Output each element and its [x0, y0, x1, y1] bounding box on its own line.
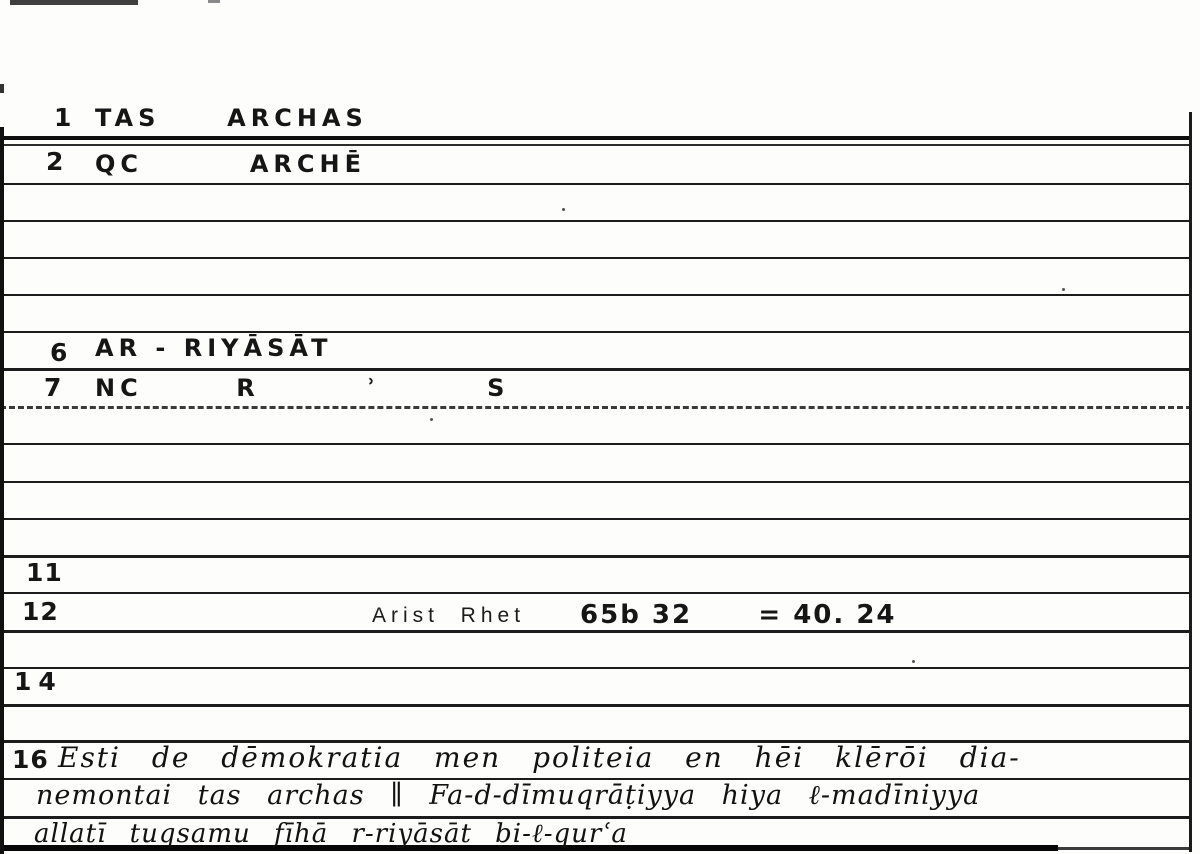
row-number-7: 7 — [44, 373, 64, 402]
ruled-line — [0, 667, 1192, 669]
ruled-line — [0, 294, 1192, 296]
ruled-line — [0, 136, 1192, 140]
ruled-line — [0, 220, 1192, 222]
ruled-line — [0, 144, 1192, 146]
ruled-line — [0, 368, 1192, 371]
ruled-line — [0, 183, 1192, 185]
scan-speck — [912, 660, 915, 663]
ruled-line — [0, 592, 1192, 594]
scan-artifact-top-dot — [208, 0, 220, 3]
quote-line-3: allatī tuqsamu fīhā r-riyāsāt bi-ℓ-qurʿa — [34, 819, 628, 849]
scan-artifact-top-bar — [10, 0, 138, 5]
row-number-16: 16 — [12, 745, 49, 774]
ruled-line — [1058, 847, 1192, 850]
citation-row: Arist Rhet 65b 32 = 40. 24 — [372, 598, 897, 628]
row-number-12: 12 — [22, 597, 59, 626]
scan-speck — [1062, 288, 1065, 291]
ruled-line — [0, 630, 1192, 633]
ruled-line — [0, 555, 1192, 558]
row-number-6: 6 — [50, 338, 70, 367]
scan-speck — [430, 418, 433, 421]
ruled-line — [0, 257, 1192, 259]
citation-label: Arist Rhet — [372, 604, 525, 628]
index-card: 1 TAS ARCHAS 2 QC ARCHĒ 6 AR - RIYĀSĀT 7… — [0, 0, 1200, 854]
card-right-edge — [1189, 112, 1192, 852]
scan-speck — [562, 208, 565, 211]
ruled-line — [0, 704, 1192, 707]
card-left-edge — [0, 127, 4, 854]
ruled-line — [0, 406, 1192, 409]
row-text-nc-root: NC R ʾ S — [95, 374, 509, 402]
scan-artifact-left-tick — [0, 84, 4, 93]
row-text-tas-archas: TAS ARCHAS — [95, 104, 368, 132]
ruled-line — [0, 331, 1192, 333]
quote-line-2: nemontai tas archas ∥ Fa-d-dīmuqrāṭiyya … — [36, 780, 980, 811]
row-number-14: 14 — [14, 667, 63, 696]
row-number-11: 11 — [26, 558, 63, 587]
ruled-line — [0, 518, 1192, 520]
row-text-ar-riyasat: AR - RIYĀSĀT — [95, 334, 332, 362]
ruled-line — [0, 443, 1192, 445]
citation-value: 65b 32 = 40. 24 — [580, 600, 896, 630]
row-text-qc-arche: QC ARCHĒ — [95, 150, 366, 178]
row-number-2: 2 — [46, 147, 66, 176]
row-number-1: 1 — [54, 103, 74, 132]
quote-line-1: Esti de dēmokratia men politeia en hēi k… — [58, 741, 1021, 774]
ruled-line — [0, 481, 1192, 483]
